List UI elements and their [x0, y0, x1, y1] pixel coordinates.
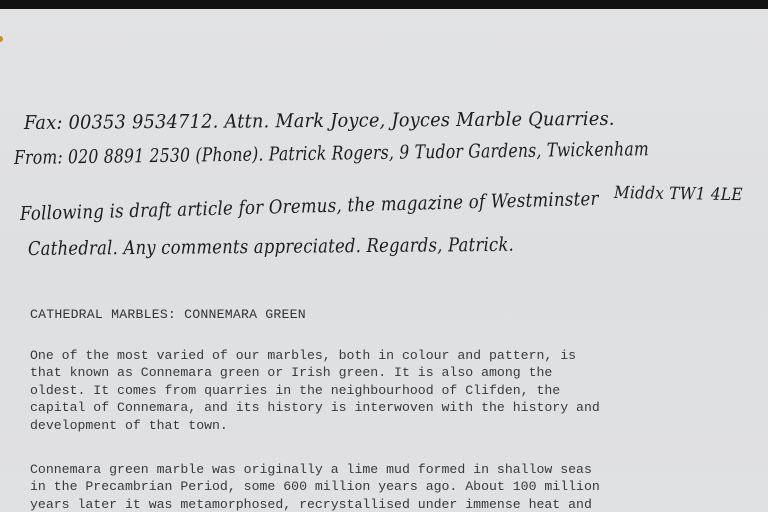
article-paragraph-2: Connemara green marble was originally a … [30, 461, 600, 512]
document-page [0, 9, 768, 512]
fax-note-line2: Cathedral. Any comments appreciated. Reg… [28, 234, 514, 260]
article-paragraph-1: One of the most varied of our marbles, b… [30, 347, 600, 434]
fax-address-postcode: Middx TW1 4LE [614, 183, 743, 205]
margin-mark [0, 36, 3, 42]
article-title: CATHEDRAL MARBLES: CONNEMARA GREEN [30, 306, 306, 323]
scanner-edge-bar [0, 0, 768, 9]
fax-to-line: Fax: 00353 9534712. Attn. Mark Joyce, Jo… [24, 108, 615, 134]
